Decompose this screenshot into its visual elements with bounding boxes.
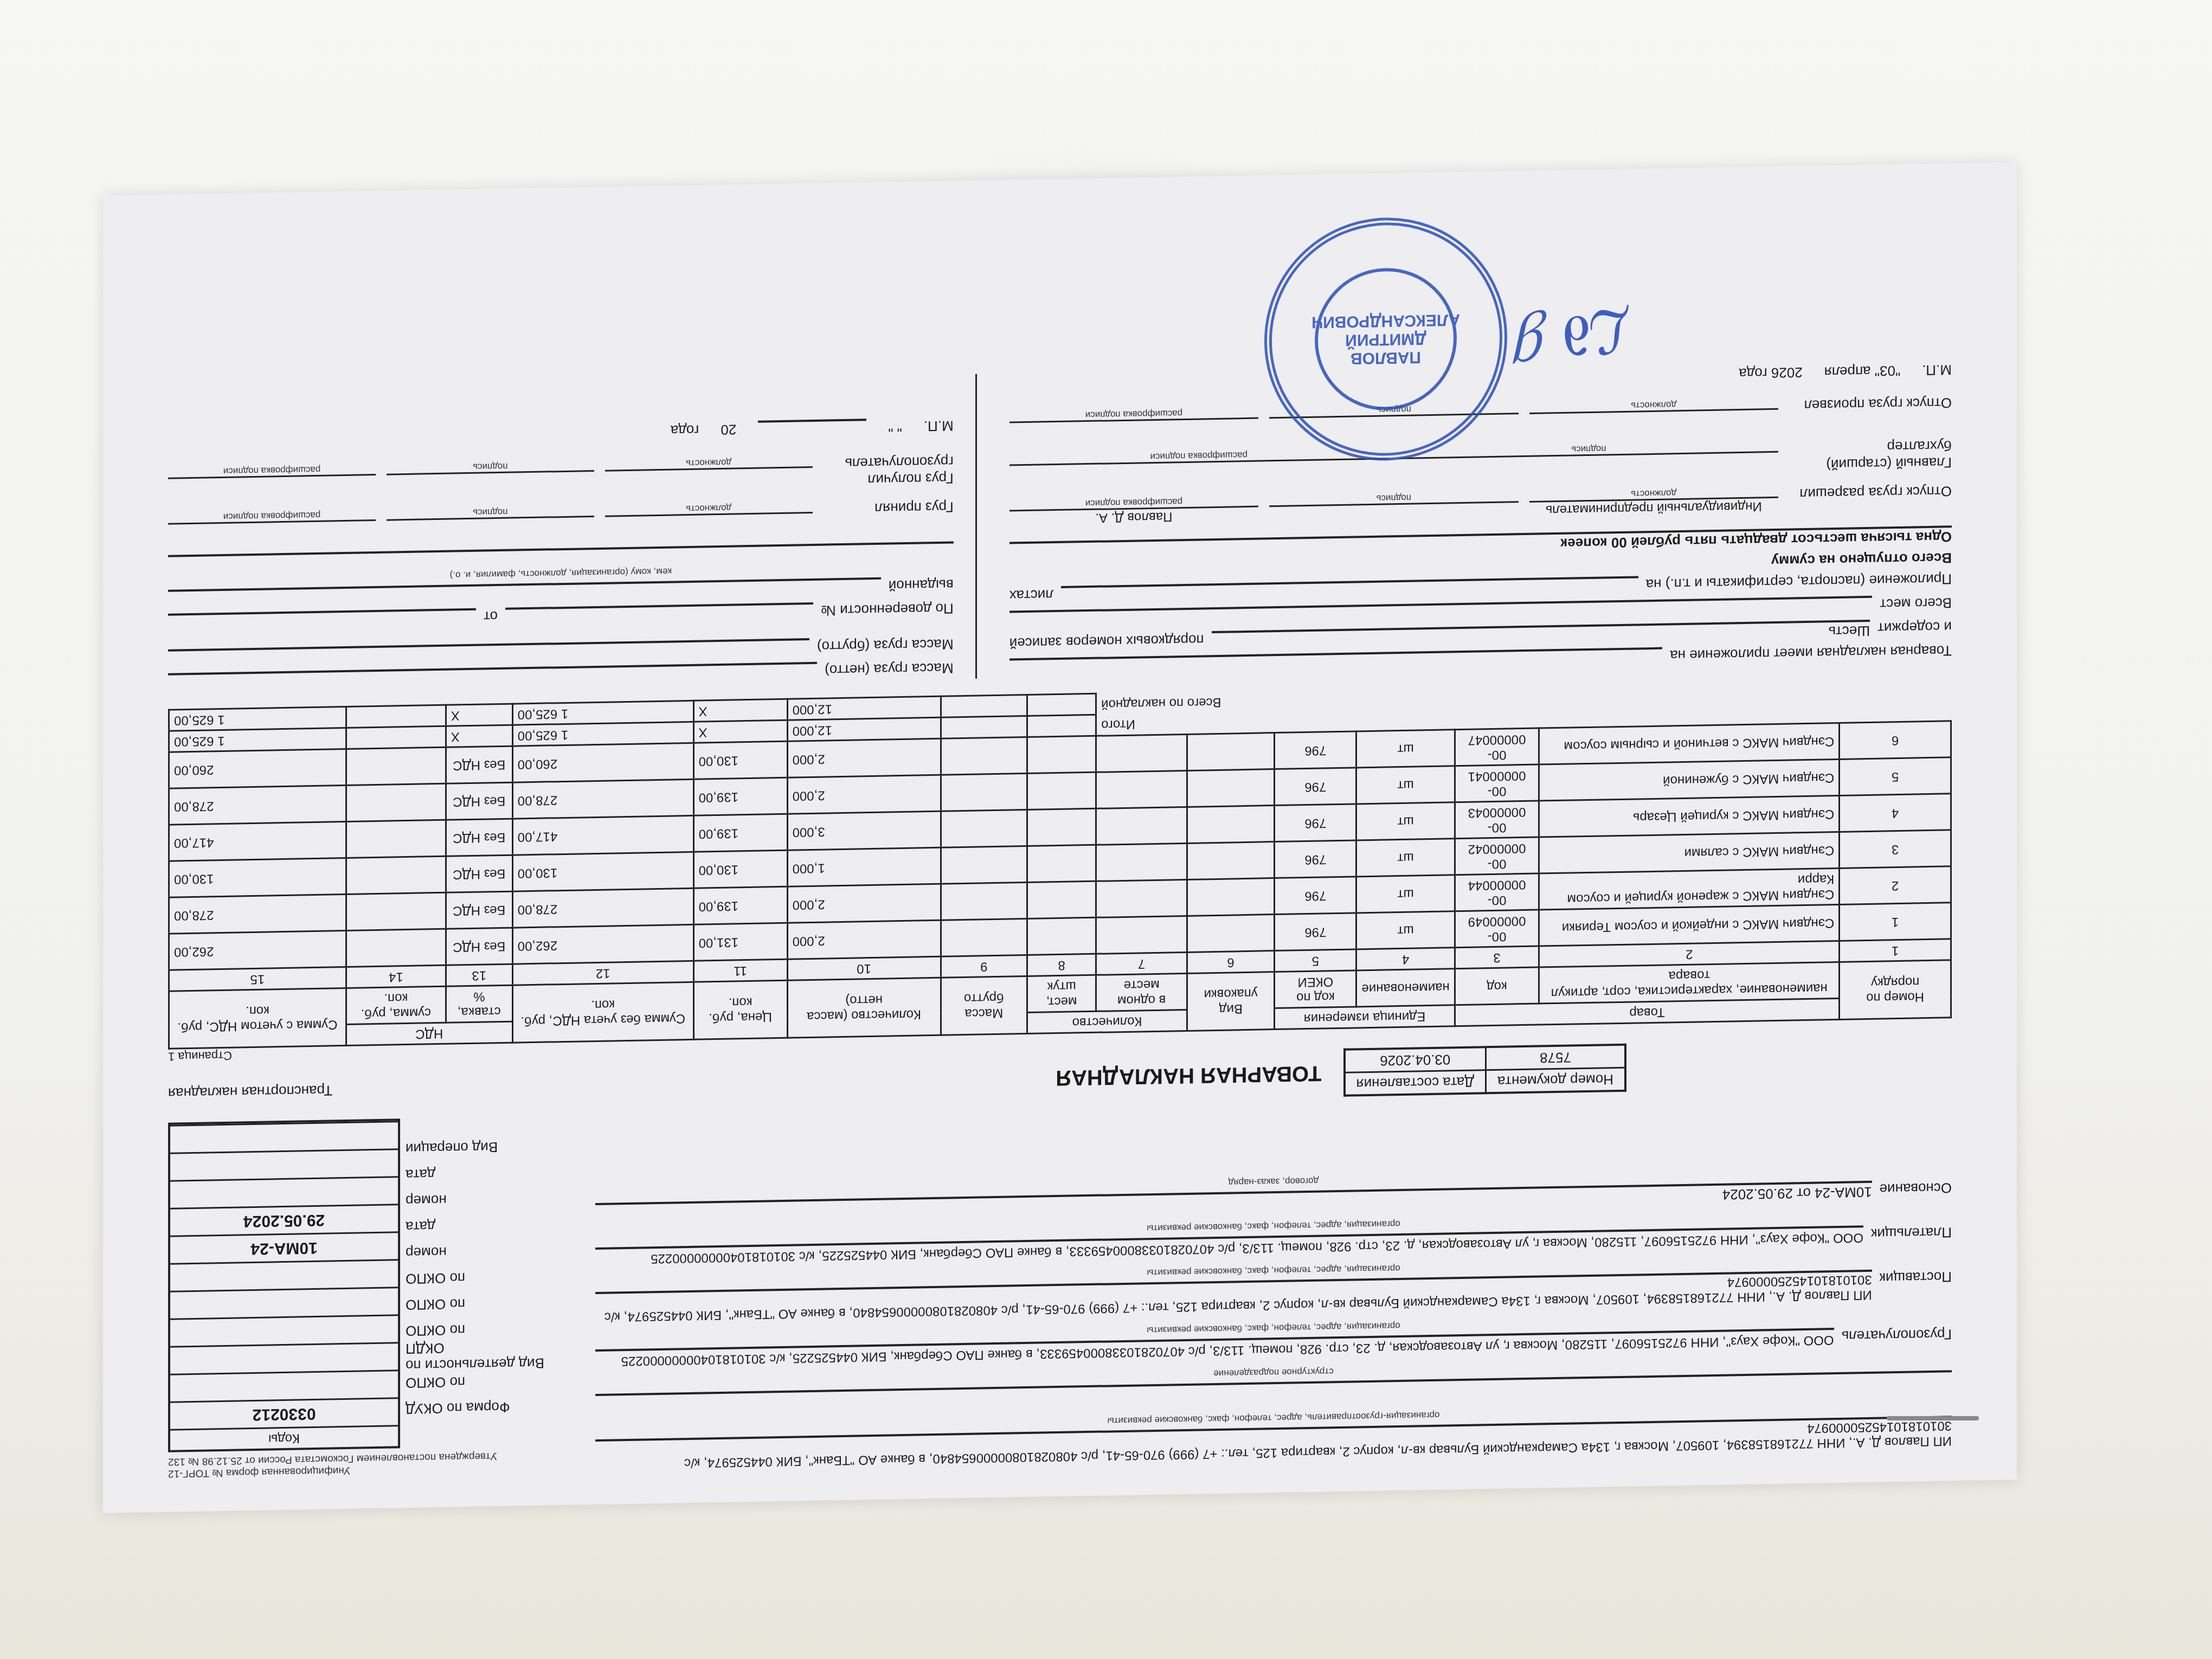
cell-qty: 1,000 (787, 847, 941, 886)
footer-block: Товарная накладная имеет приложение на и… (168, 357, 1952, 692)
cell-name: Сэндвич МАКС с ветчиной и сырным соусом (1539, 723, 1840, 764)
col-net: Количество (масса нетто) (787, 978, 941, 1038)
stamp-place-right: М.П. (924, 417, 954, 434)
doc-number-header: Номер документа (1486, 1068, 1625, 1093)
col-per-place: в одном месте (1096, 973, 1187, 1011)
goods-table: Номер по порядку Товар Единица измерения… (168, 678, 1952, 1049)
stamp-text: ПАВЛОВ ДМИТРИЙ АЛЕКСАНДРОВИЧ (1311, 310, 1460, 368)
col-total: Сумма с учетом НДС, руб. коп. (169, 988, 346, 1049)
cell-unit: шт (1356, 875, 1455, 913)
records-caption: порядковых номеров записей (1009, 631, 1204, 651)
cell-empty (941, 883, 1027, 921)
receive-month (758, 419, 866, 440)
cell-total: 262,00 (169, 930, 346, 970)
cargo-received-name (168, 474, 376, 498)
col-places: мест, штук (1027, 975, 1096, 1012)
cargo-accepted-signature (387, 516, 594, 539)
cell-vat_rate: Без НДС (446, 891, 512, 929)
grand_total-price: X (693, 699, 787, 722)
cell-total: 417,00 (169, 821, 346, 861)
col-number: Номер по порядку (1840, 960, 1951, 1020)
net-mass-label: Масса груза (нетто) (825, 659, 954, 678)
cell-empty (1027, 917, 1096, 955)
column-number: 6 (1187, 951, 1275, 974)
col-package: Вид упаковки (1187, 972, 1275, 1031)
cell-empty (1187, 842, 1275, 880)
cargo-accepted-position (605, 512, 813, 536)
okdp-label: Вид деятельности по ОКДП (406, 1341, 579, 1370)
codes-header: Коды (170, 1425, 398, 1450)
column-number: 11 (693, 959, 787, 982)
cell-name: Сэндвич МАКС с салями (1539, 832, 1840, 873)
release-year: 2026 года (1739, 364, 1803, 382)
cell-empty (1027, 845, 1096, 882)
group-quantity: Количество (1027, 1009, 1187, 1033)
cargo-received-position (605, 466, 813, 490)
cell-unit: шт (1356, 839, 1455, 877)
poa-label: По доверенности № (821, 600, 954, 619)
cell-vat_sum (346, 929, 446, 967)
cell-qty: 2,000 (787, 738, 941, 777)
transport-label: Транспортная накладная (168, 1082, 332, 1101)
receive-year-word: года (671, 422, 699, 439)
cell-empty (941, 737, 1027, 775)
cell-vat_sum (346, 747, 446, 785)
transport-number-value (170, 1176, 398, 1207)
cell-price: 139,00 (693, 777, 787, 815)
cell-total: 260,00 (169, 749, 346, 788)
column-number: 15 (169, 967, 346, 991)
grand_total-vat_rate: X (446, 704, 512, 726)
okpo-label-3: по ОКПО (406, 1289, 579, 1318)
cell-n: 6 (1840, 721, 1951, 760)
cell-vat_sum (346, 820, 446, 858)
cell-name: Сэндвич МАКС с жареной курицей и соусом … (1539, 868, 1840, 910)
cell-okei: 796 (1275, 768, 1356, 806)
col-price: Цена, руб. коп. (693, 980, 787, 1039)
cell-name: Сэндвич МАКС с бужениной (1539, 759, 1840, 801)
cargo-received-signature (387, 470, 594, 494)
consignee-label: Грузополучатель (1842, 1326, 1952, 1345)
cell-empty (1027, 881, 1096, 918)
cell-unit: шт (1356, 802, 1455, 840)
cell-unit: шт (1356, 730, 1455, 768)
column-number: 12 (512, 961, 693, 985)
cell-vat_sum (346, 892, 446, 930)
cell-name: Сэндвич МАКС с курицей Цезарь (1539, 795, 1840, 837)
code-labels: Форма по ОКУД по ОКПО Вид деятельности п… (406, 1115, 579, 1448)
cell-qty: 2,000 (787, 920, 941, 959)
release-date: "03" апреля (1824, 362, 1900, 380)
cell-vat_rate: Без НДС (446, 819, 512, 856)
cell-total: 278,00 (169, 785, 346, 825)
appendix-label: Приложение (паспорта, сертификаты и т.п.… (1646, 570, 1952, 593)
cell-empty (1096, 843, 1187, 881)
cell-vat_rate: Без НДС (446, 928, 512, 965)
cell-okei: 796 (1275, 731, 1356, 769)
poa-number (505, 602, 813, 627)
cell-sum: 417,00 (512, 815, 693, 855)
cell-vat_rate: Без НДС (446, 782, 512, 820)
subtotal-sum: 1 625,00 (512, 722, 693, 746)
cell-empty (1187, 878, 1275, 916)
gross-mass-label: Масса груза (брутто) (817, 635, 954, 654)
cell-n: 3 (1840, 830, 1951, 869)
waybill-paper: ИП Павлов Д. А., ИНН 772168158394, 10950… (103, 162, 2017, 1513)
grand_total-qty: 12,000 (787, 696, 941, 720)
subtotal-vat_rate: X (446, 725, 512, 747)
cell-code: 00-00000042 (1455, 837, 1539, 875)
cell-code: 00-00000044 (1455, 873, 1539, 911)
cell-okei: 796 (1275, 877, 1356, 915)
cell-empty (1187, 806, 1275, 844)
cell-empty (1096, 734, 1187, 772)
operation-value (170, 1121, 398, 1152)
torg12-document: ИП Павлов Д. А., ИНН 772168158394, 10950… (103, 162, 2017, 1513)
cell-empty (1027, 808, 1096, 846)
receive-year-prefix: 20 (721, 421, 736, 438)
basis-number-value: 10МА-24 (170, 1231, 398, 1263)
paper-clip (1887, 1416, 1979, 1420)
column-number: 13 (446, 964, 512, 986)
cell-code: 00-00000049 (1455, 910, 1539, 948)
cell-code: 00-00000043 (1455, 801, 1539, 839)
cell-empty (941, 774, 1027, 812)
poa-date (168, 608, 476, 633)
col-okei: код по ОКЕИ (1275, 970, 1356, 1008)
cell-price: 130,00 (693, 741, 787, 779)
cell-total: 278,00 (169, 894, 346, 934)
cell-empty (1187, 915, 1275, 953)
cell-sum: 262,00 (512, 924, 693, 964)
cell-empty (1027, 772, 1096, 809)
cargo-accepted-label: Груз принял (824, 498, 954, 517)
column-number: 4 (1356, 948, 1455, 970)
cell-vat_rate: Без НДС (446, 746, 512, 783)
doc-number: 7578 (1486, 1045, 1625, 1070)
cell-sum: 278,00 (512, 888, 693, 928)
cell-empty (346, 705, 446, 728)
header-block: ИП Павлов Д. А., ИНН 772168158394, 10950… (168, 1091, 1952, 1479)
released-by-label: Отпуск груза произвел (1789, 394, 1952, 414)
subtotal-qty: 12,000 (787, 717, 941, 741)
cell-price: 131,00 (693, 923, 787, 961)
stamp-place-left: М.П. (1922, 361, 1952, 378)
cell-okei: 796 (1275, 804, 1356, 842)
issued-label: выданной (889, 576, 954, 594)
okud-value: 0330212 (170, 1397, 398, 1429)
cell-sum: 130,00 (512, 852, 693, 891)
col-sum: Сумма без учета НДС, руб. коп. (512, 982, 693, 1043)
cell-empty (1096, 770, 1187, 808)
cell-price: 139,00 (693, 814, 787, 852)
basis-date-label: дата (406, 1211, 579, 1240)
basis-date-value: 29.05.2024 (170, 1204, 398, 1235)
chief-accountant-label: Главный (старший) бухгалтер (1789, 437, 1952, 473)
group-vat: НДС (346, 1021, 512, 1045)
column-number: 9 (941, 955, 1027, 978)
cell-empty (1096, 879, 1187, 917)
cell-empty (941, 919, 1027, 957)
basis-label: Основание (1880, 1179, 1952, 1197)
payer-label: Плательщик (1871, 1224, 1952, 1242)
col-vat-sum: сумма, руб. коп. (346, 986, 446, 1024)
contains-label: и содержит (1877, 618, 1952, 636)
codes-box: Коды 0330212 10МА-24 29.05.2024 (168, 1118, 400, 1452)
cell-n: 1 (1840, 903, 1951, 941)
grand_total-sum: 1 625,00 (512, 700, 693, 725)
cell-unit: шт (1356, 766, 1455, 804)
cell-vat_sum (346, 856, 446, 894)
okpo-label-4: по ОКПО (406, 1263, 579, 1292)
cell-empty (1027, 715, 1096, 737)
okpo-value-3 (170, 1287, 398, 1318)
total-released-label: Всего отпущено на сумму (1771, 549, 1952, 569)
cell-n: 4 (1840, 794, 1951, 832)
cell-qty: 3,000 (787, 811, 941, 850)
transport-number-label: номер (406, 1185, 579, 1214)
cargo-received-label: Груз получил грузополучатель (824, 453, 954, 488)
cell-vat_sum (346, 783, 446, 821)
column-number: 5 (1275, 949, 1356, 972)
receive-day: " " (888, 418, 902, 435)
cell-empty (1027, 693, 1096, 716)
col-vat-rate: ставка, % (446, 985, 512, 1023)
okpo-value-2 (170, 1314, 398, 1346)
cell-qty: 2,000 (787, 775, 941, 814)
subtotal-total: 1 625,00 (169, 728, 346, 752)
release-allowed-label: Отпуск груза разрешил (1789, 483, 1952, 502)
okpo-value-1 (170, 1369, 398, 1401)
doc-date-header: Дата составления (1345, 1070, 1486, 1096)
cell-empty (1027, 736, 1096, 773)
column-number: 1 (1840, 939, 1951, 962)
cell-empty (1187, 769, 1275, 807)
okpo-value-4 (170, 1259, 398, 1290)
column-number: 14 (346, 965, 446, 988)
col-unit-name: наименование (1356, 969, 1455, 1007)
cell-price: 130,00 (693, 850, 787, 888)
attachment-label: Товарная накладная имеет приложение на (1670, 642, 1952, 664)
basis-number-label: номер (406, 1237, 579, 1266)
cell-sum: 278,00 (512, 779, 693, 819)
document-number-table: Номер документаДата составления 757803.0… (1343, 1044, 1626, 1097)
col-gross: Масса брутто (941, 976, 1027, 1036)
column-number: 3 (1455, 946, 1539, 969)
document-title: ТОВАРНАЯ НАКЛАДНАЯ (1056, 1061, 1321, 1090)
cell-code: 00-00000047 (1455, 728, 1539, 766)
cell-empty (1096, 916, 1187, 954)
column-number: 8 (1027, 954, 1096, 976)
subtotal-price: X (693, 720, 787, 743)
cargo-accepted-name (168, 519, 376, 543)
cell-empty (1187, 733, 1275, 771)
cell-empty (941, 810, 1027, 848)
group-unit: Единица измерения (1275, 1005, 1455, 1030)
cell-name: Сэндвич МАКС с индейкой и соусом Терияки (1539, 904, 1840, 946)
places-label: Всего мест (1880, 594, 1952, 612)
doc-date: 03.04.2026 (1345, 1047, 1486, 1072)
poa-from-label: от (484, 608, 498, 625)
col-name: наименование, характеристика, сорт, арти… (1539, 962, 1840, 1004)
cell-n: 2 (1840, 866, 1951, 905)
operation-label: Вид операции (406, 1133, 579, 1162)
cell-sum: 260,00 (512, 743, 693, 782)
col-code: код (1455, 967, 1539, 1005)
cell-n: 5 (1840, 757, 1951, 796)
column-number: 7 (1096, 952, 1187, 975)
cell-empty (941, 695, 1027, 718)
cell-vat_rate: Без НДС (446, 855, 512, 892)
grand_total-total: 1 625,00 (169, 706, 346, 731)
cell-empty (1096, 807, 1187, 845)
supplier-label: Поставщик (1880, 1268, 1952, 1286)
cell-okei: 796 (1275, 840, 1356, 878)
cell-unit: шт (1356, 911, 1455, 949)
cell-empty (346, 726, 446, 749)
sheets-label: листах (1009, 586, 1054, 603)
cell-qty: 2,000 (787, 884, 941, 923)
cell-total: 130,00 (169, 858, 346, 897)
cell-empty (941, 846, 1027, 884)
transport-date-value (170, 1148, 398, 1180)
transport-date-label: дата (406, 1159, 579, 1188)
okud-label: Форма по ОКУД (406, 1393, 579, 1422)
cell-okei: 796 (1275, 913, 1356, 951)
cell-empty (941, 716, 1027, 739)
cell-code: 00-00000041 (1455, 764, 1539, 802)
column-number: 10 (787, 956, 941, 980)
okdp-value (170, 1342, 398, 1373)
cell-price: 139,00 (693, 886, 787, 924)
